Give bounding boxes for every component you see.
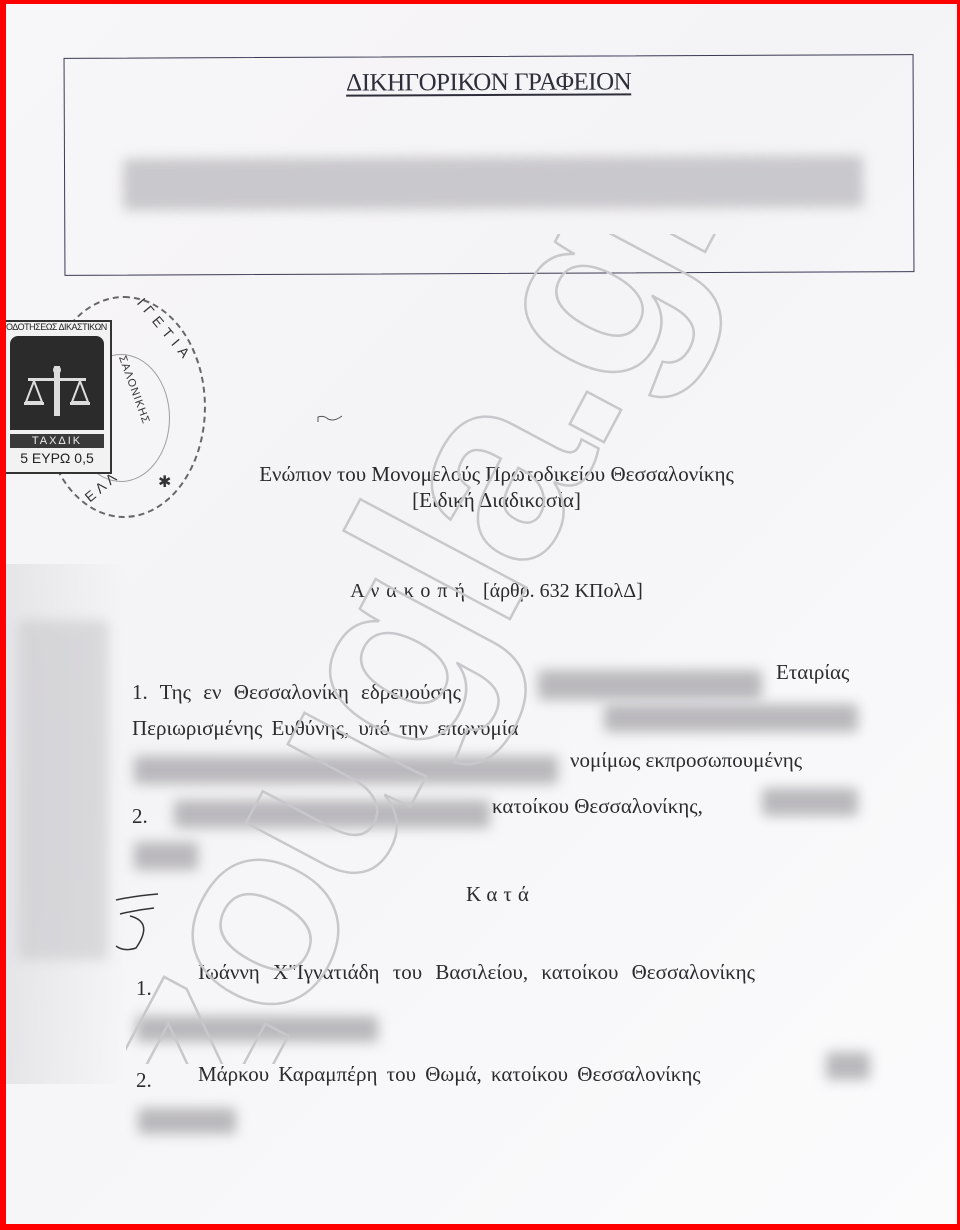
redacted-defendant-1-address <box>136 1016 378 1042</box>
plaintiff-1-line-1-end: Εταιρίας <box>776 660 849 685</box>
plaintiff-2-residence: κατοίκου Θεσσαλονίκης, <box>492 794 703 819</box>
redacted-defendant-2-address-2 <box>138 1108 236 1134</box>
redacted-plaintiff-2-name <box>174 800 490 828</box>
handwritten-signature <box>114 892 170 952</box>
document-title-line: Ανακοπή [άρθρ. 632 ΚΠολΔ] <box>206 580 787 603</box>
redacted-company-name-2 <box>134 756 558 784</box>
zougla-watermark: zougla.gr <box>126 234 846 1064</box>
plaintiff-2-number: 2. <box>132 804 148 829</box>
redacted-margin-text <box>18 620 108 960</box>
document-title: Ανακοπή <box>350 580 472 602</box>
redacted-address <box>123 155 863 210</box>
law-office-header-box: ΔΙΚΗΓΟΡΙΚΟΝ ΓΡΑΦΕΙΟΝ <box>64 54 915 276</box>
plaintiff-1-line-3-end: νομίμως εκπροσωπουμένης <box>570 748 802 773</box>
defendant-1-text: Ιωάννη Χ"Ιγνατιάδη του Βασιλείου, κατοίκ… <box>198 960 755 985</box>
document-title-reference: [άρθρ. 632 ΚΠολΔ] <box>483 580 643 602</box>
stamp-band: ΤΑΧΔΙΚ <box>10 434 104 448</box>
law-office-title: ΔΙΚΗΓΟΡΙΚΟΝ ΓΡΑΦΕΙΟΝ <box>65 67 913 99</box>
fee-stamp: ΟΔΟΤΗΣΕΩΣ ΔΙΚΑΣΤΙΚΩΝ ΤΑΧΔΙΚ 5 ΕΥΡΩ 0,5 <box>6 320 112 474</box>
redacted-company-name-1 <box>604 704 858 732</box>
pen-mark <box>316 414 346 424</box>
redacted-plaintiff-2-address-1 <box>762 788 858 816</box>
against-label: Κατά <box>466 882 535 907</box>
stamp-value: 5 ΕΥΡΩ 0,5 <box>10 450 104 466</box>
plaintiff-1-line-2: Περιωρισμένης Ευθύνης, υπό την επωνυμία <box>132 716 518 741</box>
redacted-defendant-2-address-1 <box>826 1052 870 1080</box>
stamp-top-text: ΟΔΟΤΗΣΕΩΣ ΔΙΚΑΣΤΙΚΩΝ <box>6 322 110 332</box>
scanned-document-page: ΔΙΚΗΓΟΡΙΚΟΝ ΓΡΑΦΕΙΟΝ ΙΓΕΤΙΑ ΣΑΛΟΝΙΚΗΣ ΕΛ… <box>6 4 957 1224</box>
redacted-plaintiff-2-address-2 <box>134 842 198 870</box>
plaintiff-1-line-1: 1. Της εν Θεσσαλονίκη εδρευούσης <box>132 680 461 705</box>
defendant-2-text: Μάρκου Καραμπέρη του Θωμά, κατοίκου Θεσσ… <box>198 1062 701 1087</box>
scales-of-justice-icon <box>24 366 90 416</box>
defendant-2-number: 2. <box>136 1068 152 1093</box>
procedure-type: [Ειδική Διαδικασία] <box>206 488 787 513</box>
redacted-company-type <box>538 670 762 700</box>
stamp-image <box>10 336 104 430</box>
star-icon: ✱ <box>158 472 171 492</box>
court-name: Ενώπιον του Μονομελούς Πρωτοδικείου Θεσσ… <box>206 462 787 487</box>
watermark-text: zougla.gr <box>126 234 793 1064</box>
defendant-1-number: 1. <box>136 976 152 1001</box>
